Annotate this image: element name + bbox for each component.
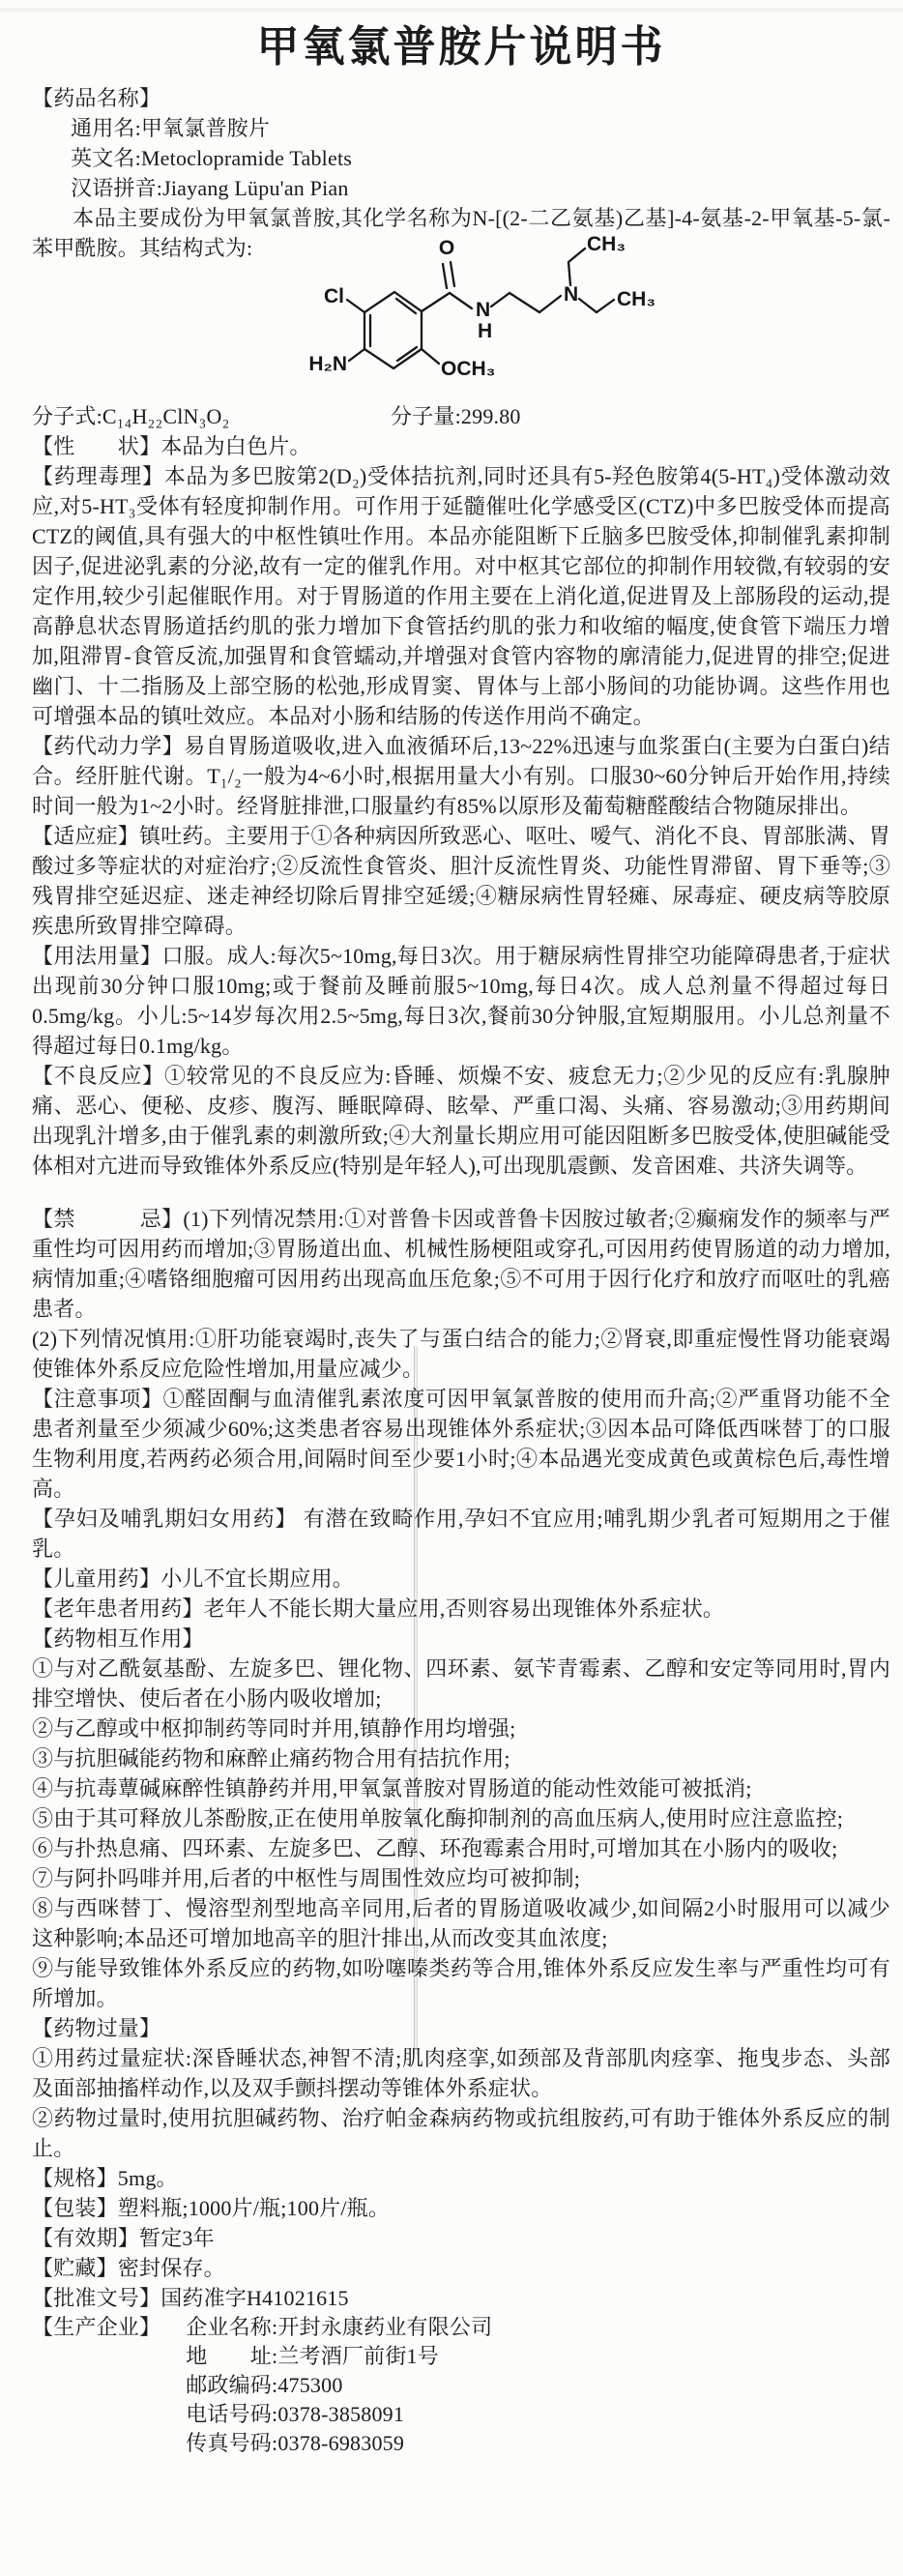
atom-label-o: O <box>439 237 454 259</box>
manufacturer-name-row: 企业名称:开封永康药业有限公司 <box>186 2313 492 2342</box>
molecular-weight: 分子量:299.80 <box>391 404 521 428</box>
carbonyl-bond <box>422 293 450 311</box>
section-indications: 【适应症】镇吐药。主要用于①各种病因所致恶心、呕吐、嗳气、消化不良、胃部胀满、胃… <box>32 821 890 941</box>
manufacturer-section: 【生产企业】 企业名称:开封永康药业有限公司 地 址:兰考酒厂前街1号 邮政编码… <box>32 2313 890 2458</box>
ethyl-bond <box>597 300 614 312</box>
section-header-interactions: 【药物相互作用】 <box>32 1624 890 1654</box>
chemical-structure-diagram: Cl O N H H₂N OCH₃ N CH₃ CH₃ <box>307 233 655 383</box>
atom-label-ch3-top: CH₃ <box>587 233 626 255</box>
section-geriatric: 【老年患者用药】老年人不能长期大量应用,否则容易出现锥体外系症状。 <box>32 1594 890 1624</box>
interaction-item: ⑦与阿扑吗啡并用,后者的中枢性与周围性效应均可被抑制; <box>32 1863 890 1893</box>
section-pharmacokinetics: 【药代动力学】易自胃肠道吸收,进入血液循环后,13~22%迅速与血浆蛋白(主要为… <box>32 731 890 821</box>
interaction-item: ③与抗胆碱能药物和麻醉止痛药物合用有拮抗作用; <box>32 1743 890 1773</box>
molecular-formula: 分子式:C₁₄H₂₂ClN₃O₂ <box>32 401 391 431</box>
amino-bond <box>349 349 364 361</box>
interaction-item: ⑤由于其可释放儿茶酚胺,正在使用单胺氧化酶抑制剂的高血压病人,使用时应注意监控; <box>32 1803 890 1833</box>
cl-bond <box>347 300 364 312</box>
manufacturer-fax-row: 传真号码:0378-6983059 <box>186 2429 492 2458</box>
section-pharmacology: 【药理毒理】本品为多巴胺第2(D₂)受体拮抗剂,同时还具有5-羟色胺第4(5-H… <box>32 461 890 731</box>
manufacturer-details: 企业名称:开封永康药业有限公司 地 址:兰考酒厂前街1号 邮政编码:475300… <box>186 2313 492 2458</box>
drug-leaflet-page: 甲氧氯普胺片说明书 【药品名称】 通用名:甲氧氯普胺片 英文名:Metoclop… <box>0 0 903 2576</box>
overdose-item: ①用药过量症状:深昏睡状态,神智不清;肌肉痉挛,如颈部及背部肌肉痉挛、拖曳步态、… <box>32 2043 890 2103</box>
interaction-item: ⑨与能导致锥体外系反应的药物,如吩噻嗪类药等合用,锥体外系反应发生率与严重性均可… <box>32 1953 890 2013</box>
molecular-info-row: 分子式:C₁₄H₂₂ClN₃O₂分子量:299.80 <box>32 401 890 431</box>
c-n-bond <box>450 293 472 308</box>
section-precautions: 【注意事项】①醛固酮与血清催乳素浓度可因甲氧氯普胺的使用而升高;②严重肾功能不全… <box>32 1384 890 1504</box>
pinyin-name-line: 汉语拼音:Jiayang Lüpu'an Pian <box>32 173 890 203</box>
leaflet-content: 甲氧氯普胺片说明书 【药品名称】 通用名:甲氧氯普胺片 英文名:Metoclop… <box>0 0 903 2458</box>
chain-bond <box>491 293 510 307</box>
section-contraindications-2: (2)下列情况慎用:①肝功能衰竭时,丧失了与蛋白结合的能力;②肾衰,即重症慢性肾… <box>32 1324 890 1384</box>
interaction-item: ⑧与西咪替丁、慢溶型剂型地高辛同用,后者的胃肠道吸收减少,如间隔2小时服用可以减… <box>32 1893 890 1953</box>
atom-label-amide-n: N <box>476 299 490 321</box>
atom-label-amine-n: N <box>564 283 578 306</box>
chain-bond <box>539 296 561 312</box>
atom-label-amide-h: H <box>478 320 492 342</box>
atom-label-och3: OCH₃ <box>441 358 495 380</box>
c-o-double-bond <box>451 262 454 286</box>
ethyl-bond <box>568 249 585 262</box>
english-name-line: 英文名:Metoclopramide Tablets <box>32 143 890 173</box>
section-storage: 【贮藏】密封保存。 <box>32 2253 890 2283</box>
manufacturer-phone-row: 电话号码:0378-3858091 <box>186 2400 492 2429</box>
methoxy-bond <box>422 349 439 364</box>
section-approval-number: 【批准文号】国药准字H41021615 <box>32 2283 890 2313</box>
chain-bond <box>510 293 539 312</box>
manufacturer-label: 【生产企业】 <box>32 2313 160 2342</box>
atom-label-h2n: H₂N <box>308 353 347 375</box>
section-header-overdose: 【药物过量】 <box>32 2013 890 2043</box>
section-pregnancy: 【孕妇及哺乳期妇女用药】 有潜在致畸作用,孕妇不宜应用;哺乳期少乳者可短期用之于… <box>32 1504 890 1564</box>
atom-label-ch3-right: CH₃ <box>617 288 655 310</box>
atom-label-cl: Cl <box>324 285 344 307</box>
overdose-item: ②药物过量时,使用抗胆碱药物、治疗帕金森病药物或抗组胺药,可有助于锥体外系反应的… <box>32 2103 890 2163</box>
section-description: 【性 状】本品为白色片。 <box>32 431 890 461</box>
section-contraindications-1: 【禁 忌】(1)下列情况禁用:①对普鲁卡因或普鲁卡因胺过敏者;②癫痫发作的频率与… <box>32 1204 890 1324</box>
section-pediatric: 【儿童用药】小儿不宜长期应用。 <box>32 1564 890 1594</box>
manufacturer-address-row: 地 址:兰考酒厂前街1号 <box>186 2342 492 2371</box>
ethyl-bond <box>579 299 597 312</box>
section-adverse-reactions: 【不良反应】①较常见的不良反应为:昏睡、烦燥不安、疲怠无力;②少见的反应有:乳腺… <box>32 1061 890 1181</box>
interaction-item: ①与对乙酰氨基酚、左旋多巴、锂化物、四环素、氨苄青霉素、乙醇和安定等同用时,胃内… <box>32 1654 890 1713</box>
interaction-item: ②与乙醇或中枢抑制药等同时并用,镇静作用均增强; <box>32 1713 890 1743</box>
interaction-item: ⑥与扑热息痛、四环素、左旋多巴、乙醇、环孢霉素合用时,可增加其在小肠内的吸收; <box>32 1833 890 1863</box>
section-dosage: 【用法用量】口服。成人:每次5~10mg,每日3次。用于糖尿病性胃排空功能障碍患… <box>32 941 890 1061</box>
ethyl-bond <box>568 262 570 285</box>
interaction-item: ④与抗毒蕈碱麻醉性镇静药并用,甲氧氯普胺对胃肠道的能动性效能可被抵消; <box>32 1773 890 1803</box>
manufacturer-postcode-row: 邮政编码:475300 <box>186 2371 492 2400</box>
section-strength: 【规格】5mg。 <box>32 2163 890 2193</box>
benzene-ring <box>364 292 422 368</box>
section-shelf-life: 【有效期】暂定3年 <box>32 2223 890 2253</box>
section-packaging: 【包装】塑料瓶;1000片/瓶;100片/瓶。 <box>32 2193 890 2223</box>
section-header-drug-name: 【药品名称】 <box>32 83 890 113</box>
generic-name-line: 通用名:甲氧氯普胺片 <box>32 113 890 143</box>
page-title: 甲氧氯普胺片说明书 <box>32 0 890 72</box>
structure-area: Cl O N H H₂N OCH₃ N CH₃ CH₃ <box>32 263 890 401</box>
c-o-double-bond <box>443 264 447 288</box>
